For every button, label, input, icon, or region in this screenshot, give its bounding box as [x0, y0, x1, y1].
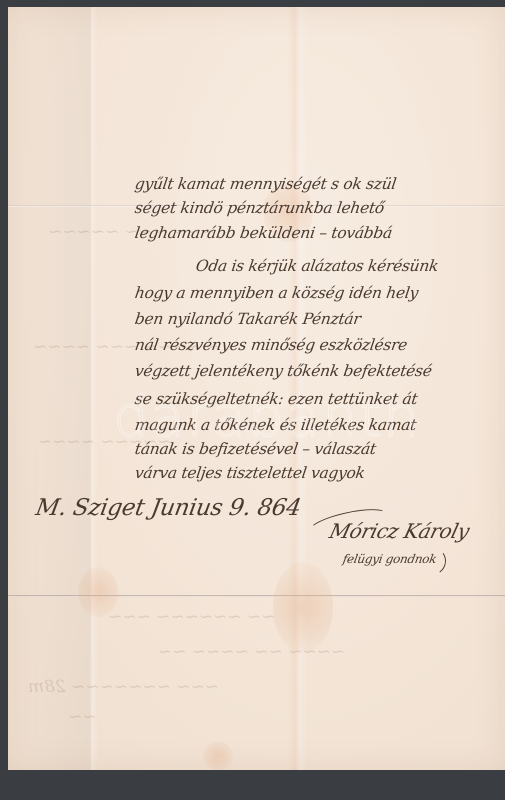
- paper-stain: [203, 742, 233, 770]
- body-line: nál részvényes minőség eszközlésre: [134, 336, 409, 354]
- body-line: hogy a mennyiben a község idén hely: [134, 284, 420, 302]
- body-line: végzett jelentékeny tőkénk befektetésé: [134, 362, 433, 380]
- date-line: M. Sziget Junius 9. 864: [34, 495, 303, 521]
- body-line: séget kindö pénztárunkba lehető: [134, 199, 386, 217]
- bleed-through-text: ~~: [68, 707, 97, 727]
- signature-flourish: [416, 545, 448, 577]
- body-line: leghamarább beküldeni – továbbá: [134, 224, 394, 242]
- paper-stain: [273, 562, 333, 652]
- body-line: várva teljes tisztelettel vagyok: [134, 464, 366, 482]
- bleed-through-text: ~~~ ~~~~~~~ 28m: [28, 677, 219, 697]
- bleed-through-text: ~~~~ ~~ ~~~~ ~~: [158, 642, 345, 662]
- body-line: gyűlt kamat mennyiségét s ok szül: [134, 175, 398, 193]
- bleed-through-text: ~~ ~~~~~~ ~~~: [108, 607, 276, 627]
- body-line: ben nyilandó Takarék Pénztár: [134, 310, 362, 328]
- scan-background: [0, 770, 505, 800]
- letter-paper: ~~~ ~~~ ~~~~~ ~ ~~~~ ~~~ ~~~~ ~~~~~ ~~~~…: [8, 7, 505, 770]
- body-line: Oda is kérjük alázatos kérésünk: [195, 257, 440, 275]
- signature-name: Móricz Károly: [327, 519, 472, 543]
- watermark: darabanth: [113, 385, 421, 450]
